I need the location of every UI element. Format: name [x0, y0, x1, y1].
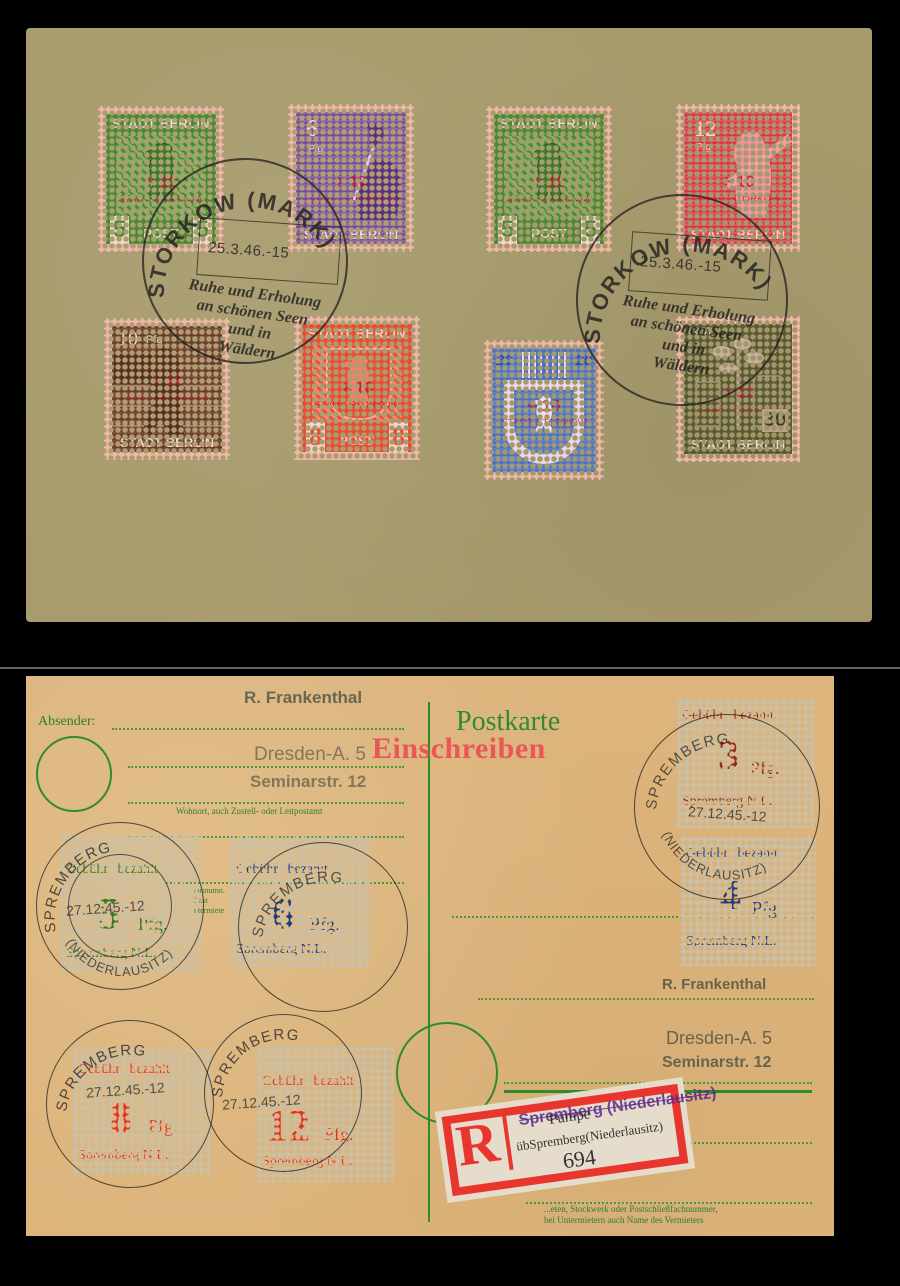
overprint-town: STADT STORKOW	[112, 392, 222, 403]
stamp-top-text: STADT BERLIN	[106, 116, 216, 131]
svg-text:SPREMBERG: SPREMBERG	[249, 869, 345, 939]
sender-line-3	[128, 802, 404, 804]
sender-label: Absender:	[38, 714, 96, 730]
registration-number: 694	[561, 1144, 597, 1174]
crown-icon	[522, 352, 566, 378]
svg-text:SPREMBERG: SPREMBERG	[643, 731, 730, 811]
overprint-plus-10: + 10	[684, 172, 792, 192]
stamp-unit: Pfg	[308, 144, 323, 155]
sender-caption: Wohnort, auch Zustell- oder Leitpostamt	[176, 806, 323, 816]
postmark-town-arc: SPREMBERG	[46, 1020, 214, 1188]
stamp-value: 12	[694, 116, 716, 142]
stamp-value: 6	[306, 116, 318, 143]
overprint-town: STADT STORKOW	[302, 400, 412, 411]
bottom-caption: ...eten, Stockwerk oder Postschließfachn…	[544, 1204, 718, 1226]
address-line-2	[478, 998, 814, 1000]
overprint-plus-10: + 10	[302, 378, 412, 398]
sender-name-stamp: R. Frankenthal	[244, 688, 362, 708]
recipient-street-stamp: Seminarstr. 12	[662, 1054, 771, 1072]
postmark-town-arc: SPREMBERG (NIEDERLAUSITZ)	[36, 822, 204, 990]
einschreiben-stamp: Einschreiben	[372, 732, 546, 766]
stamp-value-left: 20	[496, 352, 513, 369]
stamp-value: 30	[762, 409, 788, 432]
sender-line-1	[112, 728, 404, 730]
svg-text:SPREMBERG: SPREMBERG	[209, 1026, 301, 1099]
recipient-city-stamp: Dresden-A. 5	[666, 1028, 772, 1049]
stamp-unit: Pfg	[696, 142, 711, 153]
svg-text:SPREMBERG: SPREMBERG	[42, 839, 114, 934]
stamp-bottom-text: STADT BERLIN	[684, 437, 792, 452]
sender-street-stamp: Seminarstr. 12	[250, 772, 366, 792]
card-divider	[428, 702, 430, 1222]
lower-postcard: Absender: Wohnort, auch Zustell- oder Le…	[26, 676, 834, 1236]
stamp-bottom-text: STADT BERLIN	[112, 435, 222, 450]
recipient-name-stamp: R. Frankenthal	[662, 976, 766, 993]
sender-city-stamp: Dresden-A. 5	[254, 744, 366, 766]
sender-line-2	[128, 766, 404, 768]
label-unit: Pfg.	[752, 898, 782, 919]
label-town: Spremberg N.L.	[686, 934, 776, 950]
upper-postcard: STADT BERLIN + 10 STADT STORKOW 5 POST 5…	[26, 28, 872, 622]
postmark-town-arc: SPREMBERG	[238, 842, 408, 1012]
overprint-plus-10: + 10	[112, 370, 222, 390]
svg-text:(NIEDERLAUSITZ): (NIEDERLAUSITZ)	[659, 829, 769, 883]
registration-r-letter: R	[446, 1110, 514, 1178]
svg-text:(NIEDERLAUSITZ): (NIEDERLAUSITZ)	[63, 936, 175, 979]
stamp-top-text: STADT BERLIN	[494, 116, 604, 131]
separator-line	[0, 667, 900, 669]
overprint-town: STADT STORKOW	[492, 418, 596, 429]
overprint-plus-10: + 10	[494, 172, 604, 192]
svg-text:SPREMBERG: SPREMBERG	[53, 1042, 148, 1113]
stamp-value-right: 8	[389, 422, 408, 452]
sender-circle	[36, 736, 112, 812]
